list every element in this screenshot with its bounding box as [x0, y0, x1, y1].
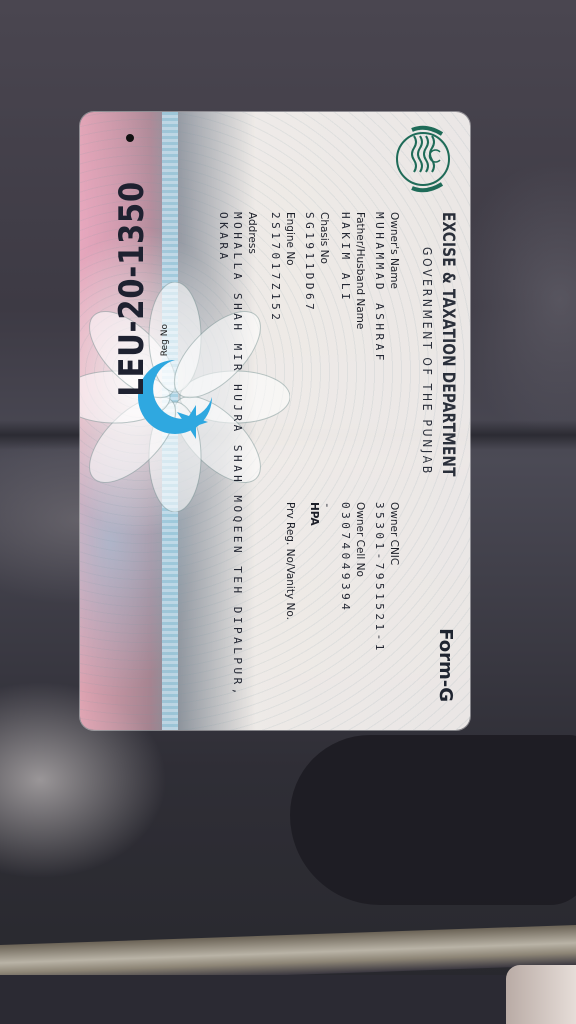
hand-shadow: [290, 735, 576, 905]
hpa-label: HPA: [308, 502, 320, 526]
form-label: Form-G: [435, 628, 456, 702]
prv-reg-label: Prv Reg. No/Vanity No.: [284, 502, 296, 620]
father-name-label: Father/Husband Name: [354, 212, 366, 329]
address-line2: OKARA: [217, 212, 230, 263]
engine-label: Engine No: [284, 212, 296, 266]
address-label: Address: [246, 212, 258, 254]
registration-card-wrapper: EXCISE & TAXATION DEPARTMENT GOVERNMENT …: [80, 112, 470, 730]
reg-no-label: Reg No: [160, 324, 170, 356]
cell-value: 03074049394: [339, 502, 352, 613]
hpa-value: -: [321, 502, 334, 512]
punjab-emblem-icon: [384, 120, 462, 198]
chassis-value: SG1911DD67: [303, 212, 316, 313]
finger: [506, 965, 576, 1024]
father-name-value: HAKIM ALI: [339, 212, 352, 303]
government-subtitle: GOVERNMENT OF THE PUNJAB: [420, 247, 434, 476]
chassis-label: Chasis No: [318, 212, 330, 264]
owner-name-label: Owner's Name: [388, 212, 400, 289]
bottom-strip: [0, 975, 576, 1024]
cnic-value: 35301-7951521-1: [373, 502, 386, 654]
department-title: EXCISE & TAXATION DEPARTMENT: [438, 212, 458, 477]
engine-value: 2S17017Z152: [269, 212, 282, 323]
reg-no-value: LEU-20-1350: [112, 181, 152, 397]
registration-card: EXCISE & TAXATION DEPARTMENT GOVERNMENT …: [80, 112, 470, 730]
cell-label: Owner Cell No: [354, 502, 366, 577]
owner-name-value: MUHAMMAD ASHRAF: [373, 212, 386, 364]
hole-dot: [126, 134, 134, 142]
address-line1: MOHALLA SHAH MIR HUJRA SHAH MOQEEN TEH D…: [231, 212, 244, 698]
cnic-label: Owner CNIC: [388, 502, 400, 565]
